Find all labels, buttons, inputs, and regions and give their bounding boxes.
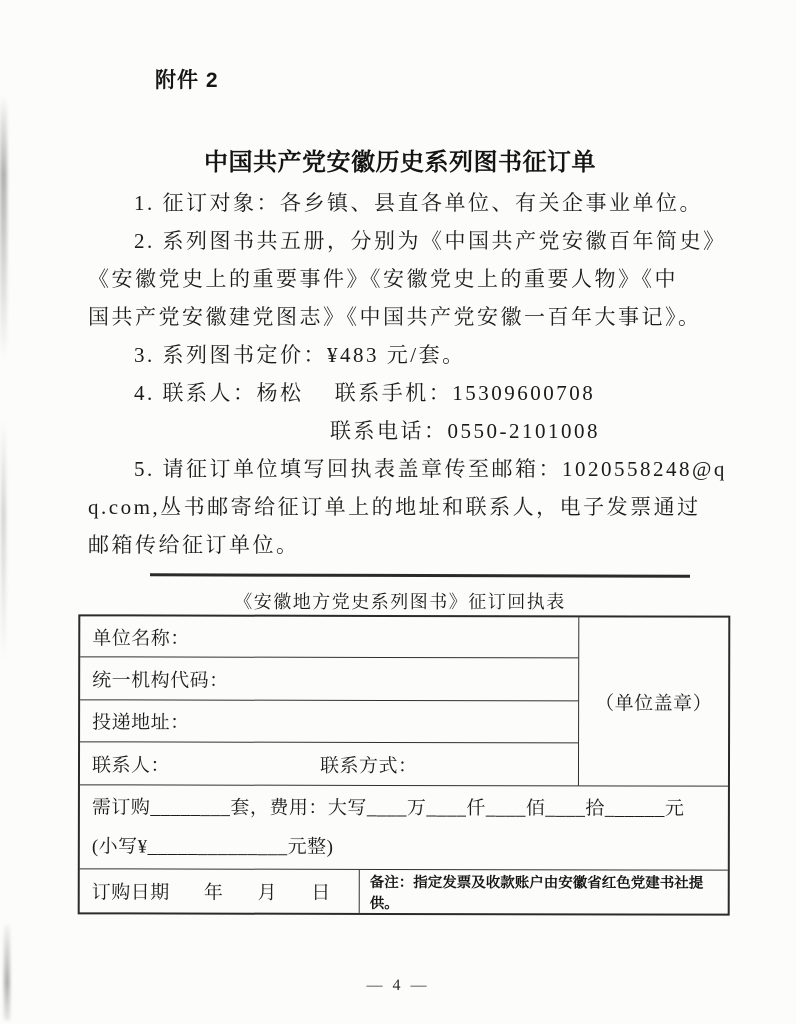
month-label: 月 <box>258 878 278 905</box>
day-label: 日 <box>311 878 331 905</box>
remark-text: 备注：指定发票及收款账户由安徽省红色党建书社提供。 <box>370 870 722 913</box>
remark-cell: 备注：指定发票及收款账户由安徽省红色党建书社提供。 <box>360 870 728 914</box>
scan-artifact <box>1 420 6 660</box>
contact-method-label: 联系方式： <box>320 750 418 777</box>
contact-label: 联系人： <box>92 750 170 777</box>
contact-cell: 联系人： 联系方式： <box>80 741 578 785</box>
scan-artifact <box>4 925 10 1020</box>
notice-line-6: 4. 联系人：杨松 联系手机：15309600708 <box>88 374 732 412</box>
notice-line-4: 国共产党安徽建党图志》《中国共产党安徽一百年大事记》。 <box>88 298 732 336</box>
notice-body: 1. 征订对象：各乡镇、县直各单位、有关企事业单位。 2. 系列图书共五册，分别… <box>88 184 732 564</box>
scan-artifact <box>0 95 7 360</box>
unit-name-cell: 单位名称： <box>80 616 578 657</box>
order-amount-line: (小写¥______________元整) <box>92 827 720 867</box>
unit-seal-cell: （单位盖章） <box>578 617 728 785</box>
notice-line-7: 联系电话：0550-2101008 <box>88 412 732 450</box>
address-label: 投递地址： <box>92 707 190 734</box>
notice-line-3: 《安徽党史上的重要事件》《安徽党史上的重要人物》《中 <box>88 260 732 298</box>
reply-form-table: 单位名称： 统一机构代码： 投递地址： 联系人： 联系方式： （单位盖章） 需订… <box>78 614 731 915</box>
notice-line-1: 1. 征订对象：各乡镇、县直各单位、有关企事业单位。 <box>88 184 732 222</box>
notice-line-9: q.com,丛书邮寄给征订单上的地址和联系人，电子发票通过 <box>88 488 732 526</box>
document-title: 中国共产党安徽历史系列图书征订单 <box>88 142 712 177</box>
order-date-cell: 订购日期 年 月 日 <box>80 869 360 913</box>
attachment-label: 附件 2 <box>155 64 219 94</box>
order-date-row: 订购日期 年 月 日 备注：指定发票及收款账户由安徽省红色党建书社提供。 <box>80 868 728 913</box>
order-date-label: 订购日期 <box>92 877 170 904</box>
notice-line-8: 5. 请征订单位填写回执表盖章传至邮箱：1020558248@q <box>88 450 732 488</box>
order-quantity-cell: 需订购________套，费用：大写____万____仟____佰____拾__… <box>80 784 728 869</box>
org-code-label: 统一机构代码： <box>92 665 229 692</box>
section-divider-line <box>150 573 690 577</box>
page-number: — 4 — <box>0 977 796 995</box>
notice-line-10: 邮箱传给征订单位。 <box>88 526 732 564</box>
year-label: 年 <box>204 878 224 905</box>
unit-seal-label: （单位盖章） <box>595 688 712 715</box>
unit-name-label: 单位名称： <box>92 623 190 650</box>
org-code-cell: 统一机构代码： <box>80 656 578 700</box>
address-cell: 投递地址： <box>80 699 578 742</box>
notice-line-2: 2. 系列图书共五册，分别为《中国共产党安徽百年简史》 <box>88 222 732 260</box>
order-quantity-line: 需订购________套，费用：大写____万____仟____佰____拾__… <box>92 788 720 828</box>
reply-form-title: 《安徽地方党史系列图书》征订回执表 <box>88 588 712 614</box>
notice-line-5: 3. 系列图书定价：¥483 元/套。 <box>88 336 732 374</box>
scanned-document-page: 附件 2 中国共产党安徽历史系列图书征订单 1. 征订对象：各乡镇、县直各单位、… <box>0 0 796 1024</box>
